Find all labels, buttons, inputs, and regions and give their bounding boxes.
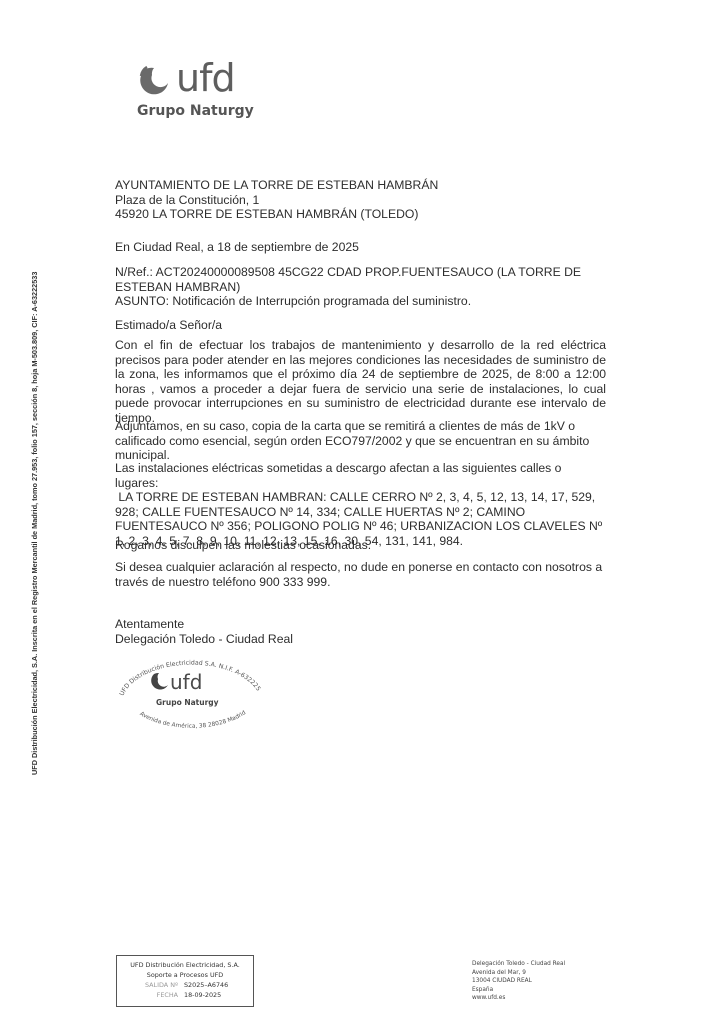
recipient-address: AYUNTAMIENTO DE LA TORRE DE ESTEBAN HAMB… <box>115 178 438 222</box>
recipient-name: AYUNTAMIENTO DE LA TORRE DE ESTEBAN HAMB… <box>115 178 438 193</box>
reference-block: N/Ref.: ACT20240000089508 45CG22 CDAD PR… <box>115 265 615 309</box>
logo-wordmark: ufd <box>176 56 235 100</box>
paragraph-apology: Rogamos disculpen las molestias ocasiona… <box>115 538 371 553</box>
recipient-city: 45920 LA TORRE DE ESTEBAN HAMBRÁN (TOLED… <box>115 207 438 222</box>
reference-line-2: ESTEBAN HAMBRAN) <box>115 280 615 295</box>
footer-address: Delegación Toledo - Ciudad Real Avenida … <box>472 960 565 1003</box>
paragraph-attachment: Adjuntamos, en su caso, copia de la cart… <box>115 419 606 463</box>
reference-line-1: N/Ref.: ACT20240000089508 45CG22 CDAD PR… <box>115 265 615 280</box>
stamp-moon-icon <box>151 673 168 690</box>
svg-text:Avenida de América, 38 28028: Avenida de América, 38 28028 Madrid <box>138 710 247 730</box>
footer-address-line: 13004 CIUDAD REAL <box>472 977 565 986</box>
salida-value: S2025–A6746 <box>184 981 242 989</box>
footer-dept: Soporte a Procesos UFD <box>117 971 253 979</box>
output-register-box: UFD Distribución Electricidad, S.A. Sopo… <box>116 955 254 1007</box>
footer-address-line: Avenida del Mar, 9 <box>472 969 565 978</box>
registry-side-note: UFD Distribución Electricidad, S.A. Insc… <box>30 272 39 775</box>
letter-date: En Ciudad Real, a 18 de septiembre de 20… <box>115 240 359 255</box>
signature-department: Delegación Toledo - Ciudad Real <box>115 632 293 647</box>
greeting: Estimado/a Señor/a <box>115 318 222 333</box>
footer-address-line: España <box>472 986 565 995</box>
stamp-wordmark: ufd <box>170 670 202 694</box>
recipient-street: Plaza de la Constitución, 1 <box>115 193 438 208</box>
salida-row: SALIDA Nº S2025–A6746 <box>117 981 253 989</box>
affected-streets-intro: Las instalaciones eléctricas sometidas a… <box>115 461 606 490</box>
paragraph-contact: Si desea cualquier aclaración al respect… <box>115 560 606 589</box>
fecha-row: FECHA 18-09-2025 <box>117 991 253 999</box>
fecha-value: 18-09-2025 <box>184 991 242 999</box>
footer-website-link[interactable]: www.ufd.es <box>472 994 565 1003</box>
footer-address-line: Delegación Toledo - Ciudad Real <box>472 960 565 969</box>
footer-company: UFD Distribución Electricidad, S.A. <box>117 961 253 969</box>
stamp-bottom-text: Avenida de América, 38 28028 Madrid <box>138 710 247 730</box>
ufd-moon-icon <box>138 65 172 99</box>
signature-block: Atentamente Delegación Toledo - Ciudad R… <box>115 617 293 646</box>
closing: Atentamente <box>115 617 293 632</box>
paragraph-intro: Con el fin de efectuar los trabajos de m… <box>115 338 606 425</box>
salida-label: SALIDA Nº <box>128 981 184 989</box>
company-stamp: UFD Distribución Electricidad S.A. N.I.F… <box>112 652 268 744</box>
subject-line: ASUNTO: Notificación de Interrupción pro… <box>115 294 615 309</box>
logo-group-name: Grupo Naturgy <box>137 103 254 119</box>
paragraph-affected-streets: Las instalaciones eléctricas sometidas a… <box>115 461 606 548</box>
stamp-group-name: Grupo Naturgy <box>156 698 219 707</box>
ufd-logo: ufd Grupo Naturgy <box>130 55 250 125</box>
fecha-label: FECHA <box>128 991 184 999</box>
